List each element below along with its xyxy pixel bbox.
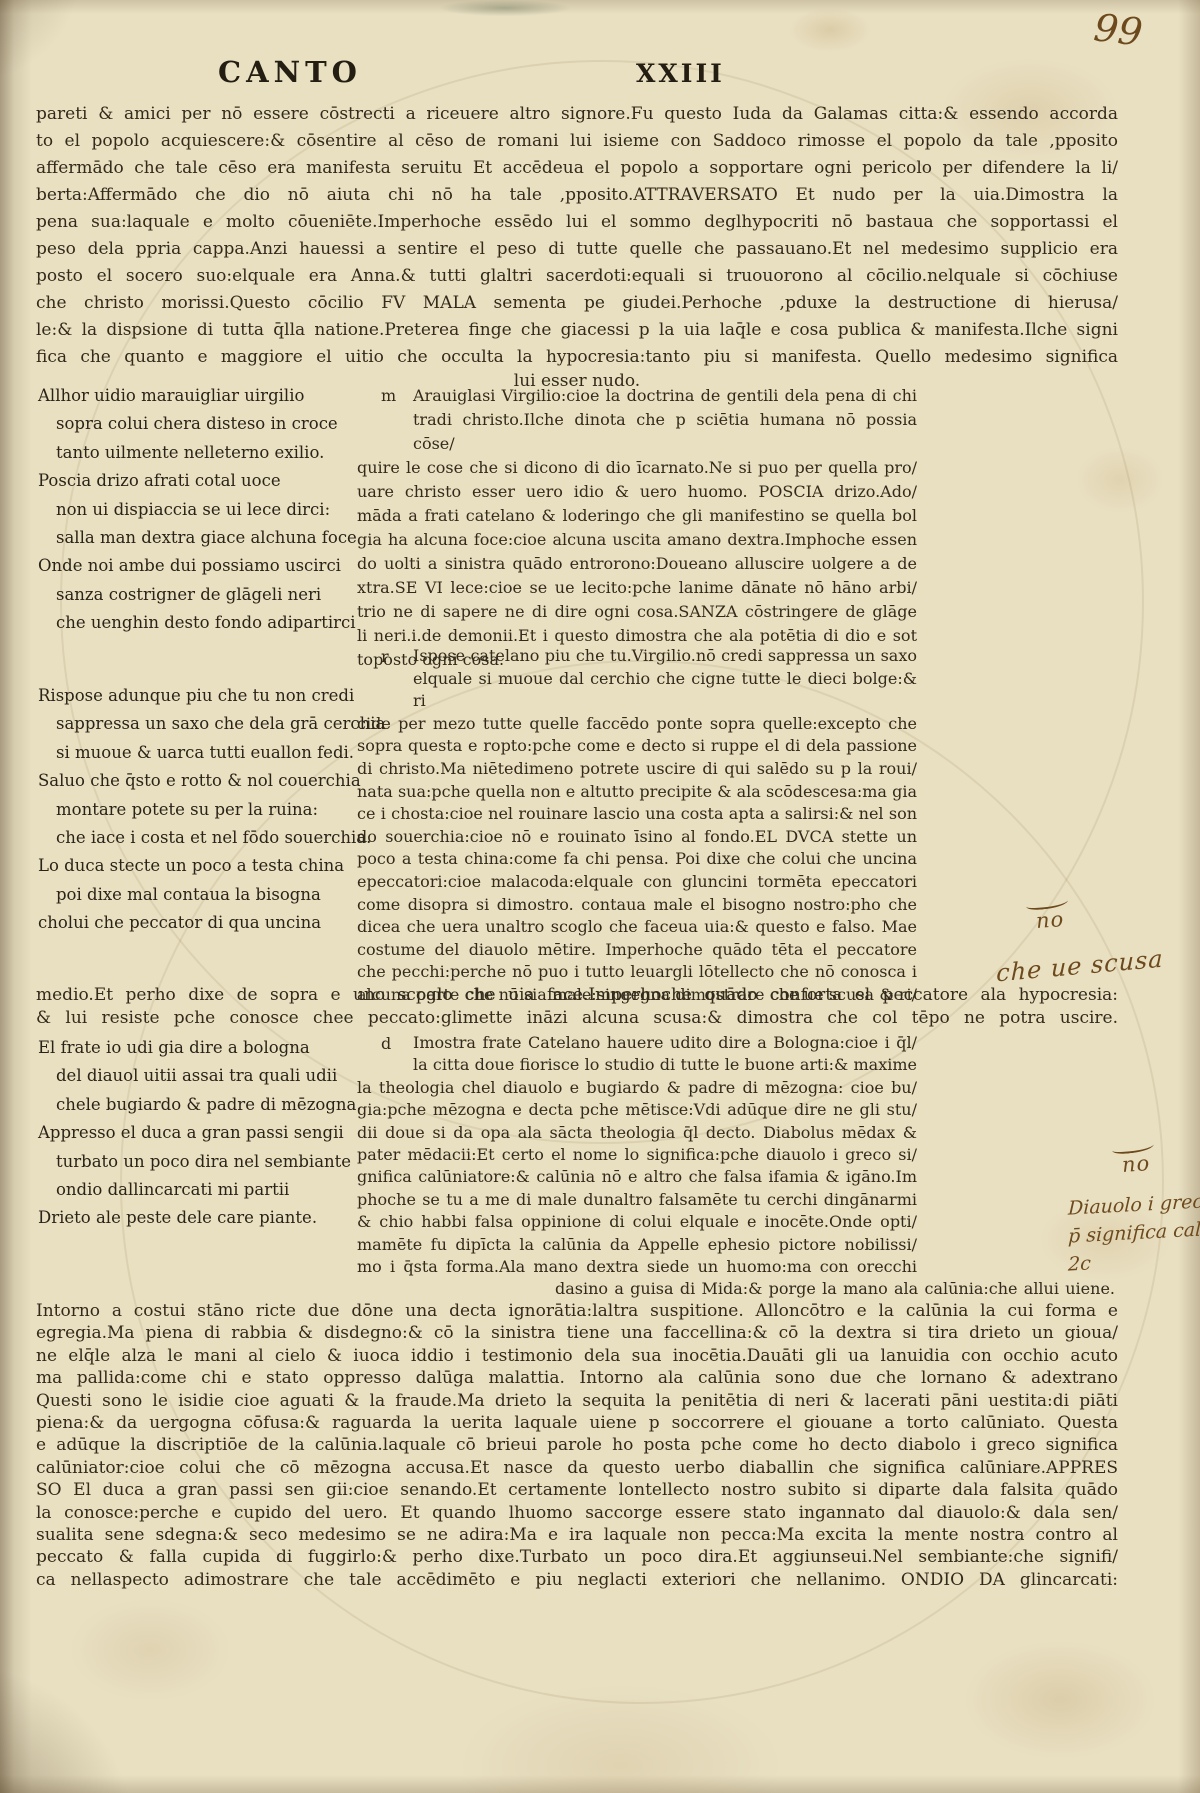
text-line: quire le cose che si dicono di dio īcarn…	[357, 456, 917, 480]
commentary-lines: Ispose catelano piu che tu.Virgilio.nō c…	[357, 645, 917, 1007]
text-line: to el popolo acquiescere:& cōsentire al …	[36, 128, 1118, 155]
text-line: egregia.Ma piena di rabbia & disdegno:& …	[36, 1322, 1118, 1344]
verse-terzina-block-2: Rispose adunque piu che tu non credi sap…	[38, 682, 360, 938]
text-line: sualita sene sdegna:& seco medesimo se n…	[36, 1524, 1118, 1546]
text-line: xtra.SE VI lece:cioe se ue lecito:pche l…	[357, 576, 917, 600]
verse-line: poi dixe mal contaua la bisogna	[38, 881, 360, 909]
text-line: che christo morissi.Questo cōcilio FV MA…	[36, 290, 1118, 317]
verse-line: Drieto ale peste dele care piante.	[38, 1204, 360, 1232]
text-line: calūniator:cioe colui che cō mēzogna acc…	[36, 1457, 1118, 1479]
book-page: 99 CANTO XXIII pareti & amici per nō ess…	[0, 0, 1200, 1793]
text-line: gia:pche mēzogna e decta pche mētisce:Vd…	[357, 1099, 917, 1121]
verse-line: chele bugiardo & padre di mēzogna.	[38, 1091, 360, 1119]
text-line: costume del diauolo mētire. Imperhoche q…	[357, 939, 917, 962]
text-line: elquale si muoue dal cerchio che cigne t…	[357, 668, 917, 713]
text-line: le:& la dispsione di tutta q̄lla natione…	[36, 317, 1118, 344]
verse-line: si muoue & uarca tutti euallon fedi.	[38, 739, 360, 767]
text-line: piena:& da uergogna cōfusa:& raguarda la…	[36, 1412, 1118, 1434]
text-line: mamēte fu dipīcta la calūnia da Appelle …	[357, 1234, 917, 1256]
text-line: ce i chosta:cioe nel rouinare lascio una…	[357, 803, 917, 826]
text-line: pareti & amici per nō essere cōstrecti a…	[36, 101, 1118, 128]
text-line: Intorno a costui stāno ricte due dōne un…	[36, 1300, 1118, 1322]
text-line: medio.Et perho dixe de sopra e uno scogl…	[36, 984, 1118, 1007]
text-line: mo i q̄sta forma.Ala mano dextra siede u…	[357, 1256, 917, 1278]
text-line: SO El duca a gran passi sen gii:cioe sen…	[36, 1479, 1118, 1501]
text-line: berta:Affermādo che dio nō aiuta chi nō …	[36, 182, 1118, 209]
text-line: Ispose catelano piu che tu.Virgilio.nō c…	[357, 645, 917, 668]
verse-line: che uenghin desto fondo adipartirci	[38, 609, 360, 637]
paragraph-marker: m	[381, 386, 396, 405]
text-line: fica che quanto e maggiore el uitio che …	[36, 344, 1118, 371]
running-title-number: XXIII	[636, 59, 725, 88]
text-line: do uolti a sinistra quādo entrorono:Doue…	[357, 552, 917, 576]
text-line: la theologia chel diauolo e bugiardo & p…	[357, 1077, 917, 1099]
verse-line: Appresso el duca a gran passi sengii	[38, 1119, 360, 1147]
verse-line: turbato un poco dira nel sembiante	[38, 1148, 360, 1176]
text-line: posto el socero suo:elquale era Anna.& t…	[36, 263, 1118, 290]
verse-line: tanto uilmente nelleterno exilio.	[38, 439, 360, 467]
text-line: ne elq̄le alza le mani al cielo & iuoca …	[36, 1345, 1118, 1367]
text-line: dasino a guisa di Mida:& porge la mano a…	[555, 1278, 1115, 1300]
text-line: la citta doue fiorisce lo studio di tutt…	[357, 1054, 917, 1076]
text-line: phoche se tu a me di male dunaltro falsa…	[357, 1189, 917, 1211]
verse-line: sopra colui chera disteso in croce	[38, 410, 360, 438]
folio-number: 99	[1091, 5, 1144, 55]
text-line: Arauiglasi Virgilio:cioe la doctrina de …	[357, 384, 917, 408]
bridge-lines: medio.Et perho dixe de sopra e uno scogl…	[36, 984, 1118, 1030]
text-line: pena sua:laquale e molto cōueniēte.Imper…	[36, 209, 1118, 236]
text-line: ma pallida:come chi e stato oppresso dal…	[36, 1367, 1118, 1389]
text-line: gia ha alcuna foce:cioe alcuna uscita am…	[357, 528, 917, 552]
commentary-lines: Imostra frate Catelano hauere udito dire…	[357, 1032, 917, 1301]
text-line: māda a frati catelano & loderingo che gl…	[357, 504, 917, 528]
commentary-paragraph-m: m Arauiglasi Virgilio:cioe la doctrina d…	[357, 384, 917, 672]
closing-commentary-block: Intorno a costui stāno ricte due dōne un…	[36, 1300, 1118, 1591]
commentary-lines: Arauiglasi Virgilio:cioe la doctrina de …	[357, 384, 917, 672]
verse-line: sanza costrigner de glāgeli neri	[38, 581, 360, 609]
text-line: tradi christo.Ilche dinota che p sciētia…	[357, 408, 917, 456]
text-line: nata sua:pche quella non e altutto preci…	[357, 781, 917, 804]
verse-line: Allhor uidio marauigliar uirgilio	[38, 382, 360, 410]
text-line: Imostra frate Catelano hauere udito dire…	[357, 1032, 917, 1054]
commentary-paragraph-r: r Ispose catelano piu che tu.Virgilio.nō…	[357, 645, 917, 1007]
running-title-canto: CANTO	[218, 55, 362, 89]
text-line: ca nellaspecto adimostrare che tale accē…	[36, 1569, 1118, 1591]
text-line: trio ne di sapere ne di dire ogni cosa.S…	[357, 600, 917, 624]
text-line: dii doue si da opa ala sācta theologia q…	[357, 1122, 917, 1144]
margin-note-no-1: no	[1035, 907, 1065, 933]
verse-line: ondio dallincarcati mi partii	[38, 1176, 360, 1204]
text-line: la conosce:perche e cupido del uero. Et …	[36, 1502, 1118, 1524]
text-line: & lui resiste pche conosce chee peccato:…	[36, 1007, 1118, 1030]
verse-line: Lo duca stecte un poco a testa china	[38, 852, 360, 880]
verse-terzina-block-1: Allhor uidio marauigliar uirgilio sopra …	[38, 382, 360, 638]
paragraph-marker: r	[381, 647, 389, 666]
text-line: uare christo esser uero idio & uero huom…	[357, 480, 917, 504]
verse-line: El frate io udi gia dire a bologna	[38, 1034, 360, 1062]
text-line: do souerchia:cioe nō e rouinato īsino al…	[357, 826, 917, 849]
verse-line: cholui che peccator di qua uncina	[38, 909, 360, 937]
verse-line: Rispose adunque piu che tu non credi	[38, 682, 360, 710]
margin-note-no-2: no	[1121, 1151, 1151, 1177]
text-line: sopra questa e ropto:pche come e decto s…	[357, 735, 917, 758]
text-line: affermādo che tale cēso era manifesta se…	[36, 155, 1118, 182]
text-line: dicea che uera unaltro scoglo che faceua…	[357, 916, 917, 939]
margin-note-diauolo: Diauolo i grecop̄ significa calunia2c	[1068, 1190, 1200, 1274]
verse-line: Onde noi ambe dui possiamo uscirci	[38, 552, 360, 580]
text-line: epeccatori:cioe malacoda:elquale con glu…	[357, 871, 917, 894]
verse-line: salla man dextra giace alchuna foce	[38, 524, 360, 552]
verse-line: non ui dispiaccia se ui lece dirci:	[38, 496, 360, 524]
verse-line: del diauol uitii assai tra quali udii	[38, 1062, 360, 1090]
verse-line: Saluo che q̄sto e rotto & nol couerchia	[38, 767, 360, 795]
text-line: & chio habbi falsa oppinione di colui el…	[357, 1211, 917, 1233]
text-line: Questi sono le isidie cioe aguati & la f…	[36, 1390, 1118, 1412]
text-line: che pecchi:perche nō puo i tutto leuargl…	[357, 961, 917, 984]
verse-terzina-block-3: El frate io udi gia dire a bologna del d…	[38, 1034, 360, 1233]
text-line: cide per mezo tutte quelle faccēdo ponte…	[357, 713, 917, 736]
opening-commentary-block: pareti & amici per nō essere cōstrecti a…	[36, 101, 1118, 371]
text-line: e adūque la discriptiōe de la calūnia.la…	[36, 1434, 1118, 1456]
paragraph-marker: d	[381, 1034, 391, 1053]
text-line: come disopra si dimostro. contaua male e…	[357, 894, 917, 917]
verse-line: Poscia drizo afrati cotal uoce	[38, 467, 360, 495]
verse-line: montare potete su per la ruina:	[38, 796, 360, 824]
text-line: di christo.Ma niētedimeno potrete uscire…	[357, 758, 917, 781]
text-line: pater mēdacii:Et certo el nome lo signif…	[357, 1144, 917, 1166]
verse-line: che iace i costa et nel fōdo souerchia.	[38, 824, 360, 852]
text-line: gnifica calūniatore:& calūnia nō e altro…	[357, 1166, 917, 1188]
verse-line: sappressa un saxo che dela grā cerchia	[38, 710, 360, 738]
text-line: peso dela ppria cappa.Anzi hauessi a sen…	[36, 236, 1118, 263]
commentary-paragraph-d: d Imostra frate Catelano hauere udito di…	[357, 1032, 917, 1301]
text-line: poco a testa china:come fa chi pensa. Po…	[357, 848, 917, 871]
text-line: peccato & falla cupida di fuggirlo:& per…	[36, 1546, 1118, 1568]
